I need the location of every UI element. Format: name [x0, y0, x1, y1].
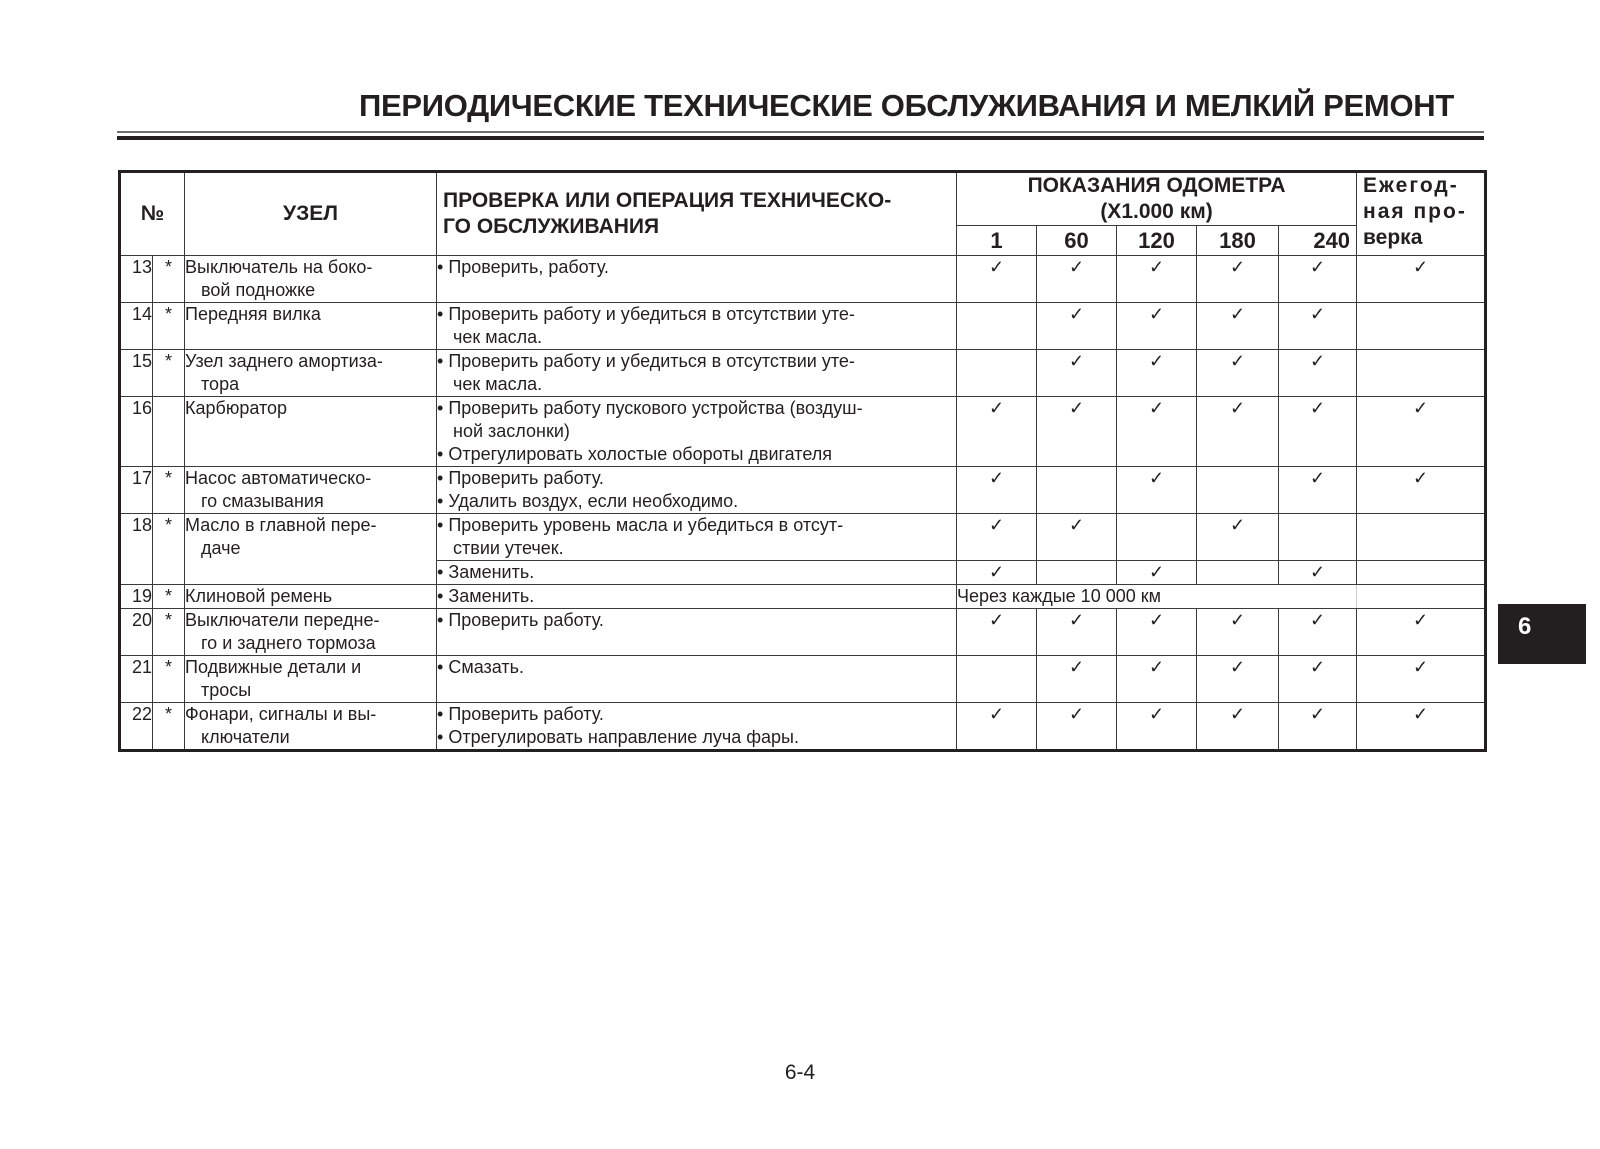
interval-note: Через каждые 10 000 км	[957, 585, 1357, 609]
odometer-check-cell: ✓	[957, 256, 1037, 303]
odometer-check-cell: ✓	[1117, 256, 1197, 303]
header-node: УЗЕЛ	[185, 172, 437, 256]
operation-line: • Проверить работу.	[437, 609, 956, 632]
odometer-check-cell: ✓	[1037, 397, 1117, 467]
odometer-check-cell: ✓	[1117, 303, 1197, 350]
odometer-check-cell: ✓	[1279, 561, 1357, 585]
annual-check-cell: ✓	[1357, 609, 1486, 656]
checkmark-icon: ✓	[1310, 304, 1325, 324]
odometer-check-cell: ✓	[1279, 703, 1357, 751]
odometer-check-cell: ✓	[957, 609, 1037, 656]
operation-line: • Проверить работу и убедиться в отсутст…	[437, 350, 956, 373]
node-line: го смазывания	[185, 490, 436, 513]
checkmark-icon: ✓	[1069, 657, 1084, 677]
node-line: Карбюратор	[185, 397, 436, 420]
node-line: даче	[185, 537, 436, 560]
checkmark-icon: ✓	[1230, 351, 1245, 371]
title-rule-thin	[117, 131, 1484, 133]
node-line: го и заднего тормоза	[185, 632, 436, 655]
node-line: тора	[185, 373, 436, 396]
odometer-check-cell: ✓	[1279, 467, 1357, 514]
row-operation: • Проверить, работу.	[437, 256, 957, 303]
checkmark-icon: ✓	[1413, 398, 1428, 418]
odometer-check-cell: ✓	[1279, 656, 1357, 703]
operation-line: чек масла.	[437, 326, 956, 349]
row-number: 21	[120, 656, 153, 703]
table-body: 13*Выключатель на боко-вой подножке• Про…	[120, 256, 1486, 751]
row-node: Выключатели передне-го и заднего тормоза	[185, 609, 437, 656]
operation-line: • Отрегулировать направление луча фары.	[437, 726, 956, 749]
header-km-180: 180	[1197, 226, 1279, 256]
odometer-check-cell: ✓	[1117, 397, 1197, 467]
node-line: Выключатель на боко-	[185, 256, 436, 279]
table-row: 17*Насос автоматическо-го смазывания• Пр…	[120, 467, 1486, 514]
operation-line: • Проверить работу.	[437, 703, 956, 726]
row-node: Насос автоматическо-го смазывания	[185, 467, 437, 514]
checkmark-icon: ✓	[1310, 257, 1325, 277]
row-star-mark: *	[153, 703, 185, 751]
node-line: вой подножке	[185, 279, 436, 302]
row-operation: • Проверить работу пускового устройства …	[437, 397, 957, 467]
checkmark-icon: ✓	[1310, 562, 1325, 582]
row-operation: • Проверить работу.• Отрегулировать напр…	[437, 703, 957, 751]
odometer-check-cell: ✓	[957, 514, 1037, 561]
table-row: 14*Передняя вилка• Проверить работу и уб…	[120, 303, 1486, 350]
row-operation: • Проверить работу.	[437, 609, 957, 656]
checkmark-icon: ✓	[1149, 351, 1164, 371]
row-star-mark	[153, 397, 185, 467]
header-odometer: ПОКАЗАНИЯ ОДОМЕТРА (X1.000 км)	[957, 172, 1357, 226]
node-line: Масло в главной пере-	[185, 514, 436, 537]
checkmark-icon: ✓	[989, 398, 1004, 418]
row-node: Карбюратор	[185, 397, 437, 467]
checkmark-icon: ✓	[1413, 610, 1428, 630]
odometer-check-cell: ✓	[1037, 350, 1117, 397]
odometer-check-cell	[1037, 467, 1117, 514]
annual-check-cell	[1357, 303, 1486, 350]
odometer-check-cell: ✓	[1037, 514, 1117, 561]
header-operation-line2: ГО ОБСЛУЖИВАНИЯ	[443, 214, 956, 240]
annual-check-cell	[1357, 585, 1486, 609]
odometer-check-cell: ✓	[1279, 397, 1357, 467]
odometer-check-cell: ✓	[1197, 703, 1279, 751]
checkmark-icon: ✓	[1069, 257, 1084, 277]
odometer-check-cell: ✓	[1117, 350, 1197, 397]
odometer-check-cell: ✓	[957, 703, 1037, 751]
checkmark-icon: ✓	[1310, 351, 1325, 371]
checkmark-icon: ✓	[989, 515, 1004, 535]
node-line: Насос автоматическо-	[185, 467, 436, 490]
checkmark-icon: ✓	[1149, 562, 1164, 582]
row-node: Фонари, сигналы и вы-ключатели	[185, 703, 437, 751]
checkmark-icon: ✓	[1310, 610, 1325, 630]
row-star-mark: *	[153, 585, 185, 609]
header-km-240: 240	[1279, 226, 1357, 256]
operation-line: • Проверить работу.	[437, 467, 956, 490]
table-row: 18*Масло в главной пере-даче• Проверить …	[120, 514, 1486, 561]
row-number: 16	[120, 397, 153, 467]
odometer-check-cell: ✓	[1037, 256, 1117, 303]
row-number: 18	[120, 514, 153, 585]
checkmark-icon: ✓	[1149, 398, 1164, 418]
node-line: Узел заднего амортиза-	[185, 350, 436, 373]
odometer-check-cell: ✓	[1279, 350, 1357, 397]
table-row: 15*Узел заднего амортиза-тора• Проверить…	[120, 350, 1486, 397]
row-number: 15	[120, 350, 153, 397]
checkmark-icon: ✓	[989, 610, 1004, 630]
operation-line: чек масла.	[437, 373, 956, 396]
row-star-mark: *	[153, 303, 185, 350]
row-node: Масло в главной пере-даче	[185, 514, 437, 585]
checkmark-icon: ✓	[1149, 610, 1164, 630]
row-node: Передняя вилка	[185, 303, 437, 350]
table-row: 20*Выключатели передне-го и заднего торм…	[120, 609, 1486, 656]
node-line: Подвижные детали и	[185, 656, 436, 679]
row-number: 13	[120, 256, 153, 303]
odometer-check-cell: ✓	[1037, 609, 1117, 656]
row-node: Узел заднего амортиза-тора	[185, 350, 437, 397]
checkmark-icon: ✓	[1069, 351, 1084, 371]
odometer-check-cell: ✓	[1197, 609, 1279, 656]
odometer-check-cell: ✓	[1037, 703, 1117, 751]
header-operation: ПРОВЕРКА ИЛИ ОПЕРАЦИЯ ТЕХНИЧЕСКО- ГО ОБС…	[437, 172, 957, 256]
odometer-check-cell: ✓	[1197, 303, 1279, 350]
row-star-mark: *	[153, 467, 185, 514]
odometer-check-cell	[957, 303, 1037, 350]
checkmark-icon: ✓	[1230, 657, 1245, 677]
annual-check-cell: ✓	[1357, 703, 1486, 751]
row-operation: • Смазать.	[437, 656, 957, 703]
row-star-mark: *	[153, 656, 185, 703]
odometer-check-cell: ✓	[1197, 350, 1279, 397]
operation-line: • Смазать.	[437, 656, 956, 679]
row-operation: • Проверить уровень масла и убедиться в …	[437, 514, 957, 561]
header-annual-line3: верка	[1363, 225, 1484, 251]
checkmark-icon: ✓	[1230, 704, 1245, 724]
header-odometer-line2: (X1.000 км)	[957, 199, 1356, 225]
odometer-check-cell	[1037, 561, 1117, 585]
header-annual-line2: ная про-	[1363, 199, 1484, 225]
table-row: 19*Клиновой ремень• Заменить.Через кажды…	[120, 585, 1486, 609]
header-annual: Ежегод- ная про- верка	[1357, 172, 1486, 256]
row-number: 22	[120, 703, 153, 751]
row-star-mark: *	[153, 350, 185, 397]
table-row: 21*Подвижные детали итросы• Смазать.✓✓✓✓…	[120, 656, 1486, 703]
odometer-check-cell: ✓	[1037, 656, 1117, 703]
operation-line: • Проверить уровень масла и убедиться в …	[437, 514, 956, 537]
odometer-check-cell: ✓	[1117, 656, 1197, 703]
row-operation: • Заменить.	[437, 585, 957, 609]
checkmark-icon: ✓	[1310, 468, 1325, 488]
header-number: №	[120, 172, 185, 256]
page-number: 6-4	[0, 1061, 1600, 1085]
odometer-check-cell	[1279, 514, 1357, 561]
header-km-60: 60	[1037, 226, 1117, 256]
table-row: 16Карбюратор• Проверить работу пускового…	[120, 397, 1486, 467]
checkmark-icon: ✓	[1149, 704, 1164, 724]
checkmark-icon: ✓	[1069, 704, 1084, 724]
checkmark-icon: ✓	[1310, 398, 1325, 418]
annual-check-cell	[1357, 514, 1486, 561]
checkmark-icon: ✓	[1413, 657, 1428, 677]
row-number: 14	[120, 303, 153, 350]
operation-line: ствии утечек.	[437, 537, 956, 560]
row-operation: • Заменить.	[437, 561, 957, 585]
odometer-check-cell: ✓	[1279, 303, 1357, 350]
operation-line: • Проверить работу пускового устройства …	[437, 397, 956, 420]
page-title: ПЕРИОДИЧЕСКИЕ ТЕХНИЧЕСКИЕ ОБСЛУЖИВАНИЯ И…	[359, 88, 1454, 124]
node-line: Фонари, сигналы и вы-	[185, 703, 436, 726]
checkmark-icon: ✓	[1413, 704, 1428, 724]
row-operation: • Проверить работу и убедиться в отсутст…	[437, 303, 957, 350]
checkmark-icon: ✓	[1069, 398, 1084, 418]
node-line: ключатели	[185, 726, 436, 749]
odometer-check-cell: ✓	[1117, 561, 1197, 585]
operation-line: • Проверить, работу.	[437, 256, 956, 279]
node-line: Выключатели передне-	[185, 609, 436, 632]
maintenance-schedule-table: № УЗЕЛ ПРОВЕРКА ИЛИ ОПЕРАЦИЯ ТЕХНИЧЕСКО-…	[118, 170, 1487, 752]
row-star-mark: *	[153, 256, 185, 303]
odometer-check-cell: ✓	[957, 397, 1037, 467]
odometer-check-cell: ✓	[1197, 397, 1279, 467]
annual-check-cell: ✓	[1357, 656, 1486, 703]
checkmark-icon: ✓	[1149, 304, 1164, 324]
odometer-check-cell	[957, 656, 1037, 703]
checkmark-icon: ✓	[1230, 257, 1245, 277]
odometer-check-cell	[1117, 514, 1197, 561]
row-number: 20	[120, 609, 153, 656]
odometer-check-cell: ✓	[1117, 609, 1197, 656]
title-rule-thick	[117, 136, 1484, 140]
node-line: Передняя вилка	[185, 303, 436, 326]
checkmark-icon: ✓	[1230, 398, 1245, 418]
checkmark-icon: ✓	[1310, 657, 1325, 677]
operation-line: • Удалить воздух, если необходимо.	[437, 490, 956, 513]
checkmark-icon: ✓	[1413, 257, 1428, 277]
odometer-check-cell: ✓	[1037, 303, 1117, 350]
header-km-120: 120	[1117, 226, 1197, 256]
checkmark-icon: ✓	[989, 562, 1004, 582]
table-row: 22*Фонари, сигналы и вы-ключатели• Прове…	[120, 703, 1486, 751]
row-operation: • Проверить работу.• Удалить воздух, есл…	[437, 467, 957, 514]
checkmark-icon: ✓	[1149, 257, 1164, 277]
row-star-mark: *	[153, 609, 185, 656]
annual-check-cell: ✓	[1357, 256, 1486, 303]
odometer-check-cell: ✓	[1197, 514, 1279, 561]
annual-check-cell	[1357, 561, 1486, 585]
checkmark-icon: ✓	[1069, 610, 1084, 630]
operation-line: • Проверить работу и убедиться в отсутст…	[437, 303, 956, 326]
checkmark-icon: ✓	[1230, 304, 1245, 324]
odometer-check-cell: ✓	[957, 561, 1037, 585]
node-line: Клиновой ремень	[185, 585, 436, 608]
table-row: 13*Выключатель на боко-вой подножке• Про…	[120, 256, 1486, 303]
checkmark-icon: ✓	[1069, 304, 1084, 324]
odometer-check-cell: ✓	[1197, 256, 1279, 303]
odometer-check-cell	[1197, 561, 1279, 585]
row-number: 19	[120, 585, 153, 609]
row-number: 17	[120, 467, 153, 514]
annual-check-cell: ✓	[1357, 397, 1486, 467]
odometer-check-cell: ✓	[957, 467, 1037, 514]
odometer-check-cell	[957, 350, 1037, 397]
checkmark-icon: ✓	[1149, 468, 1164, 488]
annual-check-cell: ✓	[1357, 467, 1486, 514]
checkmark-icon: ✓	[1149, 657, 1164, 677]
node-line: тросы	[185, 679, 436, 702]
checkmark-icon: ✓	[1230, 515, 1245, 535]
checkmark-icon: ✓	[1069, 515, 1084, 535]
row-node: Клиновой ремень	[185, 585, 437, 609]
odometer-check-cell: ✓	[1279, 609, 1357, 656]
header-operation-line1: ПРОВЕРКА ИЛИ ОПЕРАЦИЯ ТЕХНИЧЕСКО-	[443, 188, 956, 214]
row-node: Подвижные детали итросы	[185, 656, 437, 703]
row-node: Выключатель на боко-вой подножке	[185, 256, 437, 303]
odometer-check-cell: ✓	[1117, 703, 1197, 751]
checkmark-icon: ✓	[1413, 468, 1428, 488]
operation-line: ной заслонки)	[437, 420, 956, 443]
annual-check-cell	[1357, 350, 1486, 397]
checkmark-icon: ✓	[1310, 704, 1325, 724]
row-operation: • Проверить работу и убедиться в отсутст…	[437, 350, 957, 397]
operation-line: • Заменить.	[437, 561, 956, 584]
operation-line: • Заменить.	[437, 585, 956, 608]
odometer-check-cell: ✓	[1117, 467, 1197, 514]
checkmark-icon: ✓	[989, 257, 1004, 277]
odometer-check-cell: ✓	[1279, 256, 1357, 303]
odometer-check-cell: ✓	[1197, 656, 1279, 703]
checkmark-icon: ✓	[989, 468, 1004, 488]
checkmark-icon: ✓	[989, 704, 1004, 724]
odometer-check-cell	[1197, 467, 1279, 514]
header-km-1: 1	[957, 226, 1037, 256]
checkmark-icon: ✓	[1230, 610, 1245, 630]
header-odometer-line1: ПОКАЗАНИЯ ОДОМЕТРА	[957, 173, 1356, 199]
chapter-tab: 6	[1498, 604, 1586, 664]
row-star-mark: *	[153, 514, 185, 585]
header-annual-line1: Ежегод-	[1363, 173, 1484, 199]
operation-line: • Отрегулировать холостые обороты двигат…	[437, 443, 956, 466]
